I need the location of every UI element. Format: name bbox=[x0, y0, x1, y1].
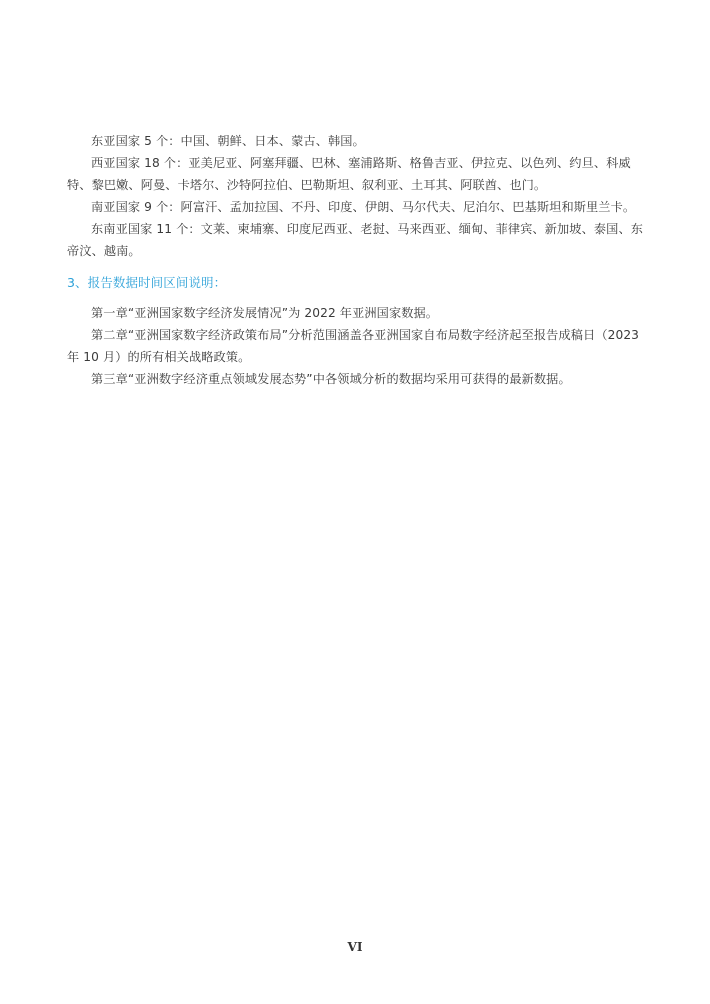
chapter2-note: 第二章“亚洲国家数字经济政策布局”分析范围涵盖各亚洲国家自布局数字经济起至报告成… bbox=[67, 324, 645, 368]
region-east-asia: 东亚国家 5 个：中国、朝鲜、日本、蒙古、韩国。 bbox=[67, 130, 645, 152]
region-southeast-asia: 东南亚国家 11 个：文莱、柬埔寨、印度尼西亚、老挝、马来西亚、缅甸、菲律宾、新… bbox=[67, 218, 645, 262]
page-number: VI bbox=[0, 940, 710, 954]
document-body: 东亚国家 5 个：中国、朝鲜、日本、蒙古、韩国。 西亚国家 18 个：亚美尼亚、… bbox=[67, 130, 645, 390]
chapter3-note: 第三章“亚洲数字经济重点领域发展态势”中各领域分析的数据均采用可获得的最新数据。 bbox=[67, 368, 645, 390]
region-south-asia: 南亚国家 9 个：阿富汗、孟加拉国、不丹、印度、伊朗、马尔代夫、尼泊尔、巴基斯坦… bbox=[67, 196, 645, 218]
region-west-asia: 西亚国家 18 个：亚美尼亚、阿塞拜疆、巴林、塞浦路斯、格鲁吉亚、伊拉克、以色列… bbox=[67, 152, 645, 196]
section-heading: 3、报告数据时间区间说明： bbox=[67, 272, 645, 294]
chapter1-note: 第一章“亚洲国家数字经济发展情况”为 2022 年亚洲国家数据。 bbox=[67, 302, 645, 324]
